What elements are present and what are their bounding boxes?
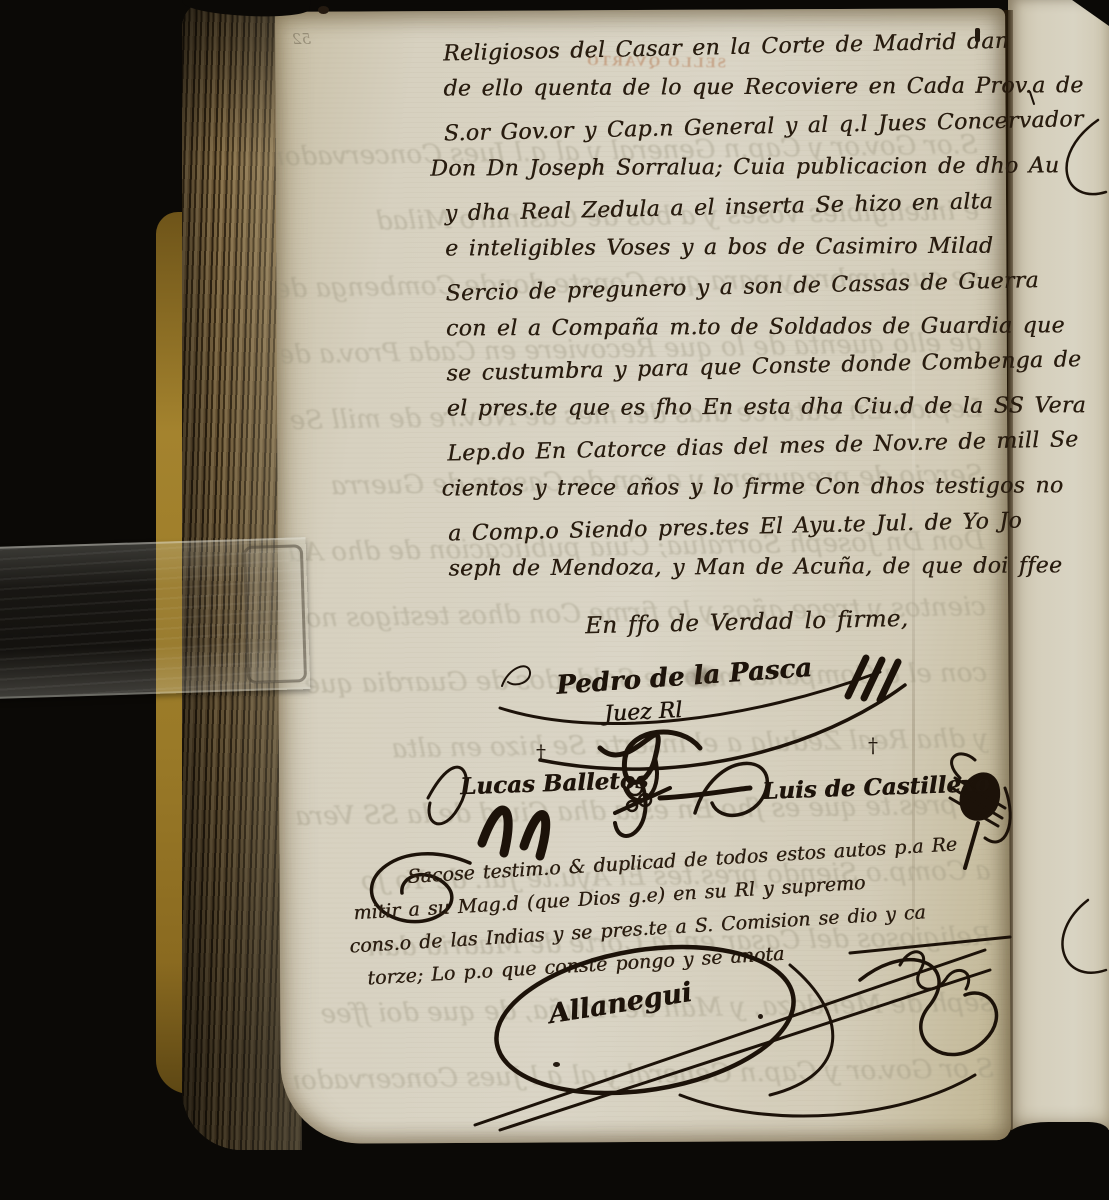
cross-mark: † — [868, 733, 878, 757]
photograph-of-manuscript: S.or Gov.or y Cap.n General y al q.l Jue… — [0, 0, 1109, 1200]
manuscript-text: Religiosos del Casar en la Corte de Madr… — [443, 25, 1024, 646]
folio-number-ghost: 52 — [292, 30, 311, 48]
ink-speck — [553, 1062, 560, 1067]
acrylic-strip-end-cap — [243, 544, 307, 684]
gutter-speck — [975, 28, 980, 42]
edge-speck — [318, 6, 329, 14]
background-bottom — [1008, 1122, 1109, 1200]
principal-signature-title: Juez Rl — [603, 698, 682, 727]
handwriting-line: seph de Mendoza, y Man de Acuña, de que … — [448, 546, 1023, 589]
ink-speck — [758, 1014, 763, 1019]
facing-page-strokes — [1018, 60, 1109, 1020]
ink-smudge — [682, 664, 724, 690]
final-signature-rubric — [430, 925, 1020, 1140]
cross-mark: † — [536, 740, 546, 764]
acrylic-strip[interactable] — [0, 537, 310, 699]
